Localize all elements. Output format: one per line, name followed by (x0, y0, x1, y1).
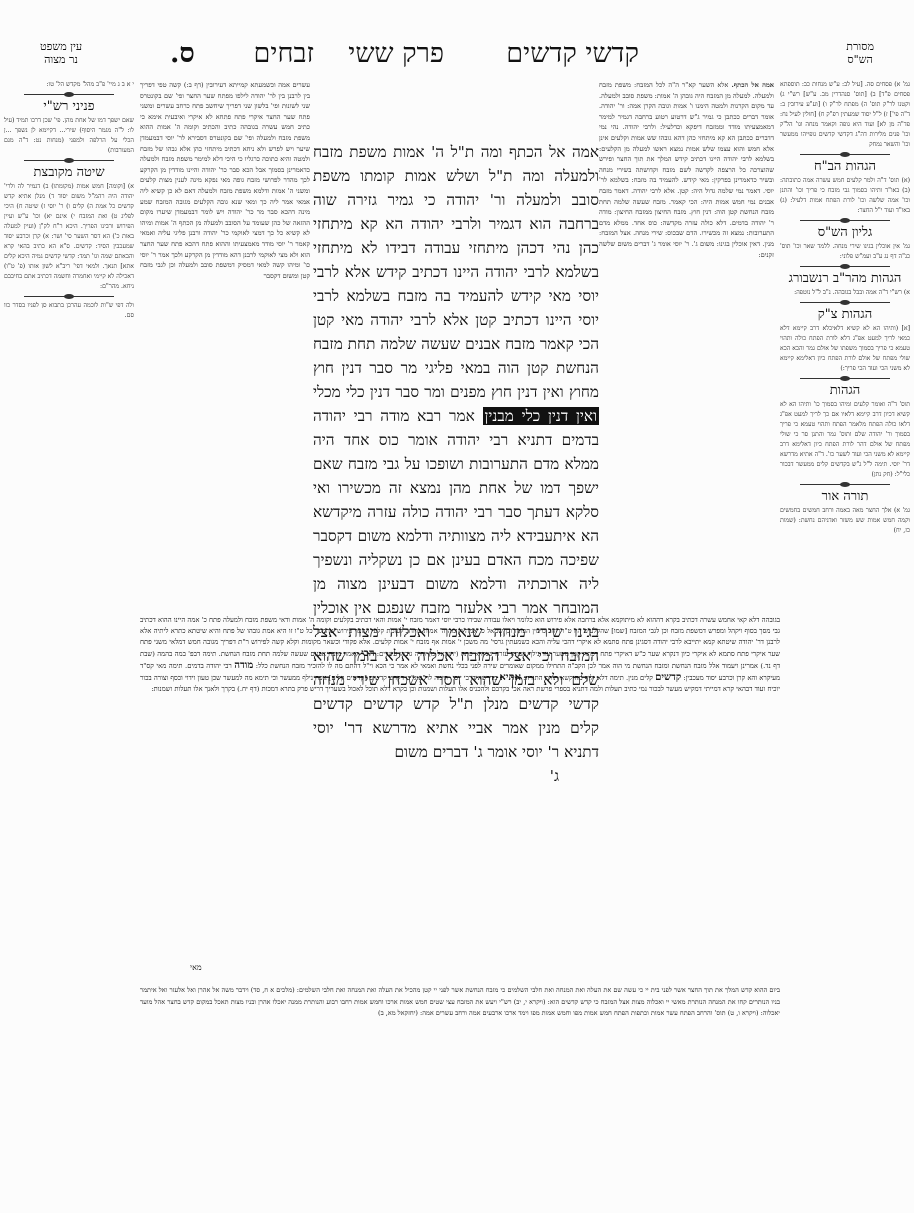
rashi-dibbur-hamatchil: אמה אל הכתף. (731, 81, 774, 89)
ornament-divider (24, 160, 114, 161)
header-perek: פרק ששי (348, 38, 444, 69)
gemara-text-part-1: אמה אל הכתף ומה ת"ל ה' אמות משפת מזבח ול… (313, 143, 599, 401)
masoret-entries: גמ' א) פסחים סה. [עיל לב: ע"ש מנחות כב: … (780, 80, 910, 150)
rashi-commentary: אמה אל הכתף. אלא השער קא"ר ה"ה לכל המזבח… (599, 80, 774, 685)
plain-divider (24, 296, 114, 297)
hagahot-tzak-text: [א] (ותיהו הא לא קשיא דלאיכלא דרב קיימא … (780, 324, 910, 374)
torah-or-heading: תורה אור (780, 489, 910, 504)
hagahot-habach-text: (א) תוס' ד"ה ולמר קלעים חמש עשרה אמה כתו… (780, 176, 910, 216)
hagahot-rashash-text: א) רש"י ד"ה אמה ובבל בגובהה. נ"ב ל"ל נוט… (780, 288, 910, 298)
hagahot-rashash-heading: הגהות מהר"ב רנשבורג (780, 271, 910, 286)
highlighted-phrase[interactable]: ואין דנין כלי מבנין (483, 407, 599, 425)
hagahot-tzak-heading: הגהות צ"ק (780, 307, 910, 322)
rashi-text: אלא השער קא"ר ה"ה לכל המזבח: משפת מזבח ו… (599, 81, 774, 259)
tosafot-dibbur-atya: אתיא (499, 672, 521, 683)
gilyon-hashas-text: גמ' אין אוכלין בגינו שירי מנחה. ללמד שאר… (780, 242, 910, 262)
tosafot-bottom-text: קאמר מזבח אבנים שעשה שלמה תחת מזבח הנחשת… (219, 650, 359, 658)
ornament-divider (800, 266, 890, 267)
tosafot-bottom-continuation: בגובהה דלא קאי אחמש עשרה דכתיב בקרא דההו… (140, 615, 780, 1000)
tosafot-bottom-text: קלים מנין. תימה דלא יליף מהיקשא תורת התו… (523, 674, 653, 682)
ornament-divider (800, 220, 890, 221)
tosafot-dibbur-modeh: מודה (234, 660, 253, 671)
tosafot-text: עשרים אמה וכשמעתא קמייתא דעירובין (דף ב:… (140, 80, 310, 281)
gilyon-hashas-heading: גליון הש"ס (780, 225, 910, 240)
tosafot-commentary: עשרים אמה וכשמעתא קמייתא דעירובין (דף ב:… (140, 80, 310, 685)
torah-or-bottom-verses: ביום ההוא קדש המלך את תוך החצר אשר לפני … (140, 985, 780, 1035)
hagahot-heading: הגהות (780, 383, 910, 398)
tosafot-dibbur-hachi: הכי (361, 648, 374, 659)
shita-mekubetzet-heading: שיטה מקובצת (4, 165, 134, 180)
header-kodshei-kodashim: קדשי קדשים (506, 38, 639, 69)
masoret-hashas-label: מסורת הש"ס (846, 40, 874, 66)
ein-footnote: ולה דפי ש"ות לוכמה עהרכן בתבוא סן לפניו … (4, 301, 134, 321)
ornament-divider (800, 484, 890, 485)
masoret-hashas-column: גמ' א) פסחים סה. [עיל לב: ע"ש מנחות כב: … (780, 80, 910, 1030)
ein-mishpat-label: עין משפט נר מצוה (40, 40, 82, 66)
ein-mishpat-column: י א ב ג מיי' פ"ב מהל' מקדש הל' טו: פניני… (4, 80, 134, 1030)
tosafot-dibbur-kodashim: קדשים (655, 672, 681, 683)
ein-mishpat-entry: י א ב ג מיי' פ"ב מהל' מקדש הל' טו: (4, 80, 134, 90)
catchword: מאי (190, 963, 202, 972)
shita-mekubetzet-text: א) [וקומה] חמש אמות (מקומתו) ב) דגמיר לה… (4, 182, 134, 292)
header-daf-number: ס. (170, 38, 195, 69)
hagahot-text: תוס' ד"ה ואומר קלעים ומיהו בסמוך כו' ותי… (780, 400, 910, 480)
ornament-divider (24, 94, 114, 95)
page-header: מסורת הש"ס קדשי קדשים פרק ששי זבחים ס. ע… (0, 38, 914, 78)
gemara-text: אמה אל הכתף ומה ת"ל ה' אמות משפת מזבח ול… (313, 140, 599, 610)
talmud-page: מסורת הש"ס קדשי קדשים פרק ששי זבחים ס. ע… (0, 0, 914, 1040)
ornament-divider (800, 154, 890, 155)
hagahot-habach-heading: הגהות הב"ח (780, 159, 910, 174)
pninei-rashi-text: שאם ישפך דמו של אחת מהן. פי' שכן דרכו תמ… (4, 116, 134, 156)
torah-or-text: ביום ההוא קדש המלך את תוך החצר אשר לפני … (140, 986, 780, 1017)
pninei-rashi-heading: פניני רש"י (4, 99, 134, 114)
torah-or-margin-text: גמ' א) אלך החצר מאה באמה ורחב חמשים בחמש… (780, 506, 910, 536)
ornament-divider (800, 302, 890, 303)
ornament-divider (800, 378, 890, 379)
header-masechet: זבחים (254, 38, 314, 69)
